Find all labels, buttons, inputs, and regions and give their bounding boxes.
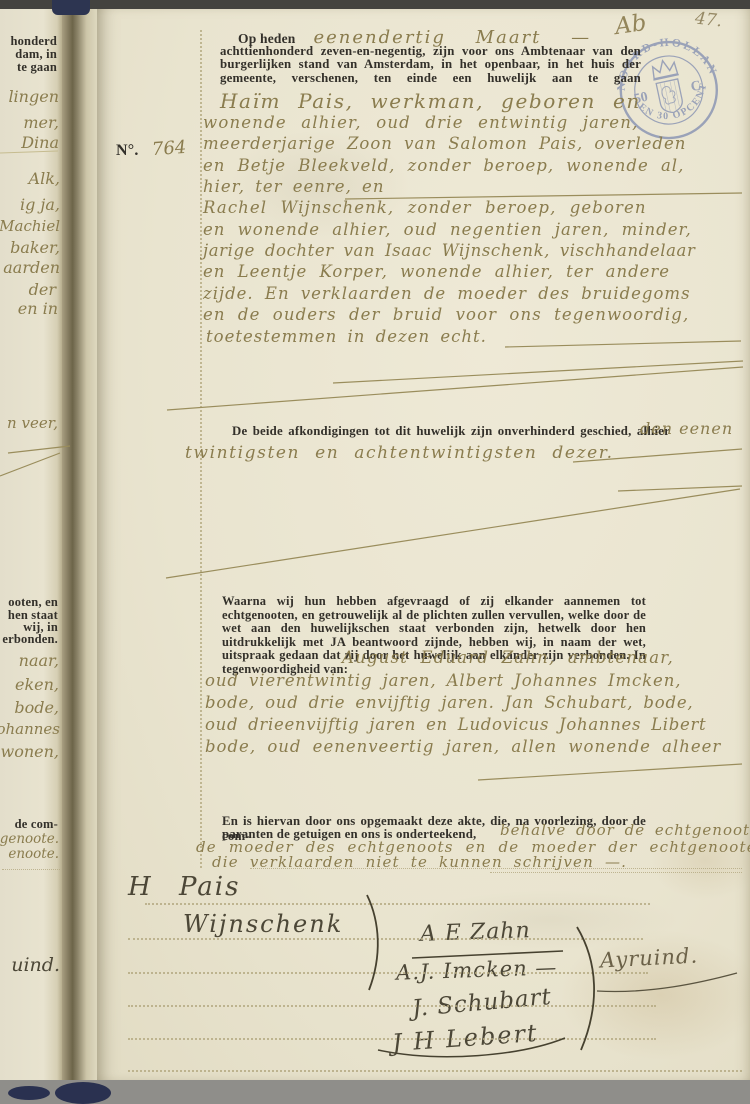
registrar-paraph: Ayruind. xyxy=(599,943,698,972)
signature-line xyxy=(145,903,650,905)
handwritten-fragment: eken, xyxy=(15,675,59,694)
book-gutter xyxy=(62,9,97,1080)
witness-line: oud drieenvijftig jaren en Ludovicus Joh… xyxy=(205,715,706,734)
signature-line xyxy=(128,1038,656,1040)
witness-line: August Eduard Zahn, ambtenaar, xyxy=(342,648,674,667)
handwritten-fragment: n veer, xyxy=(7,414,58,432)
handwritten-line: hier, ter eenre, en xyxy=(203,177,384,196)
book-spine-top xyxy=(52,0,90,15)
handwritten-fragment: bode, xyxy=(14,698,59,717)
ruled-line xyxy=(490,872,742,873)
ruled-line xyxy=(2,869,60,870)
handwritten-fragment: wonen, xyxy=(1,742,60,761)
handwritten-fragment: aarden xyxy=(3,258,60,277)
signature-line xyxy=(128,1005,656,1007)
signature-fragment: uind. xyxy=(11,954,60,976)
printed-fragment: de com- xyxy=(15,817,58,832)
handwritten-fragment: Johannes xyxy=(0,720,60,738)
handwritten-line: wonende alhier, oud drie entwintig jaren… xyxy=(203,113,639,132)
signature-bride: Wijnschenk xyxy=(183,910,343,938)
signature-line xyxy=(128,972,648,974)
handwritten-fragment: lingen xyxy=(8,87,59,106)
book-cover-corner xyxy=(8,1086,50,1100)
photo-edge-top xyxy=(0,0,750,9)
handwritten-line-groom-name: Haïm Pais, werkman, geboren en xyxy=(220,89,641,113)
printed-fragment: te gaan xyxy=(17,60,57,75)
handwritten-fragment: genoote. xyxy=(0,831,59,847)
act-number-value: 764 xyxy=(151,137,187,160)
handwritten-line: toetestemmen in dezen echt. xyxy=(206,327,487,346)
witness-line: bode, oud drie envijftig jaren. Jan Schu… xyxy=(205,693,693,712)
handwritten-fragment: Dina xyxy=(21,133,59,152)
handwritten-line: en Betje Bleekveld, zonder beroep, wonen… xyxy=(203,156,684,175)
handwritten-fragment: der xyxy=(29,280,56,299)
handwritten-line: en Leentje Korper, wonende alhier, ter a… xyxy=(203,262,670,281)
book-cover-corner xyxy=(55,1082,111,1104)
banns-printed: De beide afkondigingen tot dit huwelijk … xyxy=(232,424,670,439)
banns-handwritten-2: twintigsten en achtentwintigsten dezer. xyxy=(185,443,614,463)
act-number-label: N°. xyxy=(116,142,139,160)
closing-handwritten-cont: behalve door de echtgenoote, xyxy=(500,821,750,839)
handwritten-line: en de ouders der bruid voor ons tegenwoo… xyxy=(203,305,689,324)
handwritten-fragment: ig ja, xyxy=(20,195,60,214)
signature-groom: H Pais xyxy=(128,872,240,902)
witness-line: bode, oud eenenveertig jaren, allen wone… xyxy=(205,737,721,756)
handwritten-line: zijde. En verklaarden de moeder des brui… xyxy=(203,284,691,303)
handwritten-line: meerderjarige Zoon van Salomon Pais, ove… xyxy=(203,134,686,153)
scanned-marriage-record: honderd dam, in te gaan lingen mer, Dina… xyxy=(0,0,750,1104)
handwritten-fragment: en in xyxy=(18,299,58,318)
witness-line: oud vierentwintig jaren, Albert Johannes… xyxy=(205,671,681,690)
signature-line xyxy=(128,938,643,940)
printed-fragment: erbonden. xyxy=(2,632,58,647)
handwritten-line-bride-name: Rachel Wijnschenk, zonder beroep, gebore… xyxy=(203,198,647,217)
handwritten-fragment: mer, xyxy=(23,113,59,132)
adjacent-page-edge: honderd dam, in te gaan lingen mer, Dina… xyxy=(0,9,62,1080)
folio-number: 47. xyxy=(694,9,723,32)
signature-line xyxy=(128,1070,742,1072)
ruled-line xyxy=(250,868,742,869)
handwritten-line: en wonende alhier, oud negentien jaren, … xyxy=(203,220,692,239)
handwritten-fragment: baker, xyxy=(10,238,60,257)
banns-handwritten-1: den eenen xyxy=(640,419,733,438)
handwritten-line: jarige dochter van Isaac Wijnschenk, vis… xyxy=(203,241,695,260)
handwritten-fragment: Machiel xyxy=(0,217,60,235)
handwritten-fragment: enoote. xyxy=(8,846,59,862)
handwritten-fragment: naar, xyxy=(19,651,59,670)
handwritten-fragment: Alk, xyxy=(29,169,60,188)
header-printed-paragraph: achttienhonderd zeven-en-negentig, zijn … xyxy=(220,45,641,85)
registrar-flourish: Ab xyxy=(613,10,648,40)
signature-witness-1: A E Zahn xyxy=(420,918,531,947)
